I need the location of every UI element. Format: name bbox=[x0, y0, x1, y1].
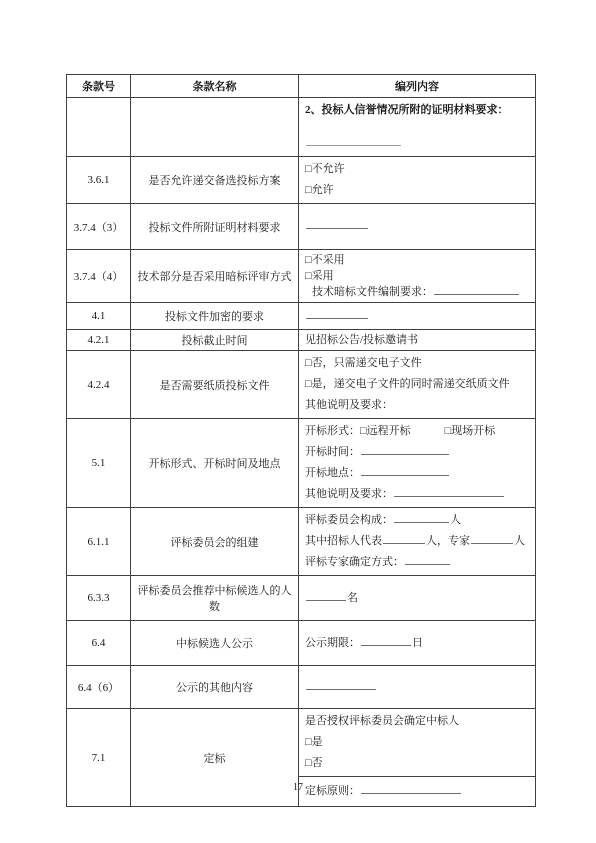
blank-underline bbox=[306, 145, 401, 146]
content-line: 是否授权评标委员会确定中标人 bbox=[305, 711, 529, 732]
clause-number-cell: 6.1.1 bbox=[67, 508, 131, 576]
clause-number-cell: 6.3.3 bbox=[67, 576, 131, 621]
content-cell: 开标形式：□远程开标□现场开标 开标时间： 开标地点： 其他说明及要求： bbox=[299, 419, 536, 508]
blank-underline bbox=[471, 543, 513, 544]
field-label: 开标形式： bbox=[305, 425, 360, 437]
clause-number-cell: 5.1 bbox=[67, 419, 131, 508]
blank-underline bbox=[361, 793, 461, 794]
clause-name-cell: 投标文件所附证明材料要求 bbox=[131, 204, 299, 250]
checkbox-option: □远程开标 bbox=[360, 425, 411, 437]
clause-number-cell: 3.6.1 bbox=[67, 157, 131, 204]
blank-underline bbox=[405, 564, 450, 565]
field-label: 技术暗标文件编制要求： bbox=[312, 286, 433, 298]
clause-number-cell: 4.2.4 bbox=[67, 351, 131, 419]
content-line: 开标时间： bbox=[305, 442, 529, 463]
clause-number-cell bbox=[67, 98, 131, 157]
content-line bbox=[305, 216, 529, 237]
bid-clause-table: 条款号 条款名称 编列内容 2、投标人信誉情况所附的证明材料要求： 3.6.1 … bbox=[66, 74, 536, 807]
checkbox-option: □否，只需递交电子文件 bbox=[305, 353, 529, 374]
unit-label: 人 bbox=[514, 535, 525, 547]
content-line: 评标专家确定方式： bbox=[305, 552, 529, 573]
content-cell: □否，只需递交电子文件 □是，递交电子文件的同时需递交纸质文件 其他说明及要求： bbox=[299, 351, 536, 419]
blank-underline bbox=[361, 454, 449, 455]
clause-name-cell: 投标截止时间 bbox=[131, 330, 299, 351]
content-cell: 2、投标人信誉情况所附的证明材料要求： bbox=[299, 98, 536, 157]
content-cell bbox=[299, 204, 536, 250]
clause-name-cell: 开标形式、开标时间及地点 bbox=[131, 419, 299, 508]
content-line: 技术暗标文件编制要求： bbox=[305, 284, 529, 300]
checkbox-option: □是，递交电子文件的同时需递交纸质文件 bbox=[305, 374, 529, 395]
clause-name-cell: 是否需要纸质投标文件 bbox=[131, 351, 299, 419]
clause-name-cell: 评标委员会的组建 bbox=[131, 508, 299, 576]
content-cell bbox=[299, 303, 536, 330]
table-row: 3.7.4（4） 技术部分是否采用暗标评审方式 □不采用 □采用 技术暗标文件编… bbox=[67, 250, 536, 303]
unit-label: 人 bbox=[450, 514, 461, 526]
table-row: 3.6.1 是否允许递交备选投标方案 □不允许 □允许 bbox=[67, 157, 536, 204]
blank-underline bbox=[306, 689, 376, 690]
clause-name-cell: 是否允许递交备选投标方案 bbox=[131, 157, 299, 204]
unit-label: 名 bbox=[347, 592, 358, 604]
table-row: 4.2.1 投标截止时间 见招标公告/投标邀请书 bbox=[67, 330, 536, 351]
content-line: 开标形式：□远程开标□现场开标 bbox=[305, 421, 529, 442]
blank-underline bbox=[306, 600, 346, 601]
field-label: 开标时间： bbox=[305, 446, 360, 458]
checkbox-option: □不采用 bbox=[305, 252, 529, 268]
clause-number-cell: 6.4 bbox=[67, 621, 131, 666]
content-cell bbox=[299, 666, 536, 709]
checkbox-option: □现场开标 bbox=[445, 425, 496, 437]
field-label: 其他说明及要求： bbox=[305, 488, 393, 500]
checkbox-option: □否 bbox=[305, 753, 529, 774]
content-line bbox=[305, 133, 529, 154]
unit-label: 人，专家 bbox=[426, 535, 470, 547]
checkbox-option: □采用 bbox=[305, 268, 529, 284]
content-cell: 名 bbox=[299, 576, 536, 621]
content-cell: 公示期限：日 bbox=[299, 621, 536, 666]
content-cell: □不采用 □采用 技术暗标文件编制要求： bbox=[299, 250, 536, 303]
checkbox-option: □不允许 bbox=[305, 159, 529, 180]
clause-name-cell: 投标文件加密的要求 bbox=[131, 303, 299, 330]
table-row: 6.4（6） 公示的其他内容 bbox=[67, 666, 536, 709]
checkbox-option: □是 bbox=[305, 732, 529, 753]
table-header-row: 条款号 条款名称 编列内容 bbox=[67, 75, 536, 98]
document-page: 条款号 条款名称 编列内容 2、投标人信誉情况所附的证明材料要求： 3.6.1 … bbox=[0, 0, 596, 843]
content-line: 公示期限：日 bbox=[305, 633, 529, 654]
clause-number-cell: 4.1 bbox=[67, 303, 131, 330]
table-row: 5.1 开标形式、开标时间及地点 开标形式：□远程开标□现场开标 开标时间： 开… bbox=[67, 419, 536, 508]
content-line: 其他说明及要求： bbox=[305, 484, 529, 505]
col-header-clause-no: 条款号 bbox=[67, 75, 131, 98]
content-cell: 是否授权评标委员会确定中标人 □是 □否 bbox=[299, 709, 536, 777]
content-line: 见招标公告/投标邀请书 bbox=[305, 333, 529, 348]
blank-underline bbox=[306, 228, 368, 229]
table-row: 6.3.3 评标委员会推荐中标候选人的人数 名 bbox=[67, 576, 536, 621]
col-header-content: 编列内容 bbox=[299, 75, 536, 98]
content-cell: 见招标公告/投标邀请书 bbox=[299, 330, 536, 351]
content-line: 开标地点： bbox=[305, 463, 529, 484]
field-label: 评标委员会构成： bbox=[305, 514, 393, 526]
table-row: 4.2.4 是否需要纸质投标文件 □否，只需递交电子文件 □是，递交电子文件的同… bbox=[67, 351, 536, 419]
content-line bbox=[305, 306, 529, 327]
content-line: 名 bbox=[305, 588, 529, 609]
blank-underline bbox=[394, 496, 504, 497]
blank-underline bbox=[383, 543, 425, 544]
clause-number-cell: 3.7.4（3） bbox=[67, 204, 131, 250]
clause-number-cell: 4.2.1 bbox=[67, 330, 131, 351]
checkbox-option: □允许 bbox=[305, 180, 529, 201]
clause-number-cell: 6.4（6） bbox=[67, 666, 131, 709]
field-label: 公示期限： bbox=[305, 637, 360, 649]
blank-underline bbox=[361, 645, 411, 646]
content-line: 其中招标人代表人，专家人 bbox=[305, 531, 529, 552]
field-label: 开标地点： bbox=[305, 467, 360, 479]
table-row: 6.4 中标候选人公示 公示期限：日 bbox=[67, 621, 536, 666]
table-row: 4.1 投标文件加密的要求 bbox=[67, 303, 536, 330]
unit-label: 日 bbox=[412, 637, 423, 649]
content-line: 评标委员会构成：人 bbox=[305, 510, 529, 531]
blank-underline bbox=[361, 475, 449, 476]
clause-number-cell: 3.7.4（4） bbox=[67, 250, 131, 303]
blank-underline bbox=[434, 294, 519, 295]
clause-name-cell: 评标委员会推荐中标候选人的人数 bbox=[131, 576, 299, 621]
blank-underline bbox=[306, 318, 368, 319]
field-label: 其他说明及要求： bbox=[305, 395, 529, 416]
page-number: 17 bbox=[0, 782, 596, 793]
blank-underline bbox=[394, 522, 449, 523]
table-row: 6.1.1 评标委员会的组建 评标委员会构成：人 其中招标人代表人，专家人 评标… bbox=[67, 508, 536, 576]
content-cell: 评标委员会构成：人 其中招标人代表人，专家人 评标专家确定方式： bbox=[299, 508, 536, 576]
content-line bbox=[305, 677, 529, 698]
clause-name-cell: 公示的其他内容 bbox=[131, 666, 299, 709]
field-label: 其中招标人代表 bbox=[305, 535, 382, 547]
clause-name-cell: 技术部分是否采用暗标评审方式 bbox=[131, 250, 299, 303]
table-row: 3.7.4（3） 投标文件所附证明材料要求 bbox=[67, 204, 536, 250]
field-label: 评标专家确定方式： bbox=[305, 556, 404, 568]
col-header-clause-name: 条款名称 bbox=[131, 75, 299, 98]
table-row: 7.1 定标 是否授权评标委员会确定中标人 □是 □否 bbox=[67, 709, 536, 777]
content-line: 2、投标人信誉情况所附的证明材料要求： bbox=[305, 100, 529, 121]
table-row: 2、投标人信誉情况所附的证明材料要求： bbox=[67, 98, 536, 157]
content-cell: □不允许 □允许 bbox=[299, 157, 536, 204]
clause-name-cell: 中标候选人公示 bbox=[131, 621, 299, 666]
clause-name-cell bbox=[131, 98, 299, 157]
